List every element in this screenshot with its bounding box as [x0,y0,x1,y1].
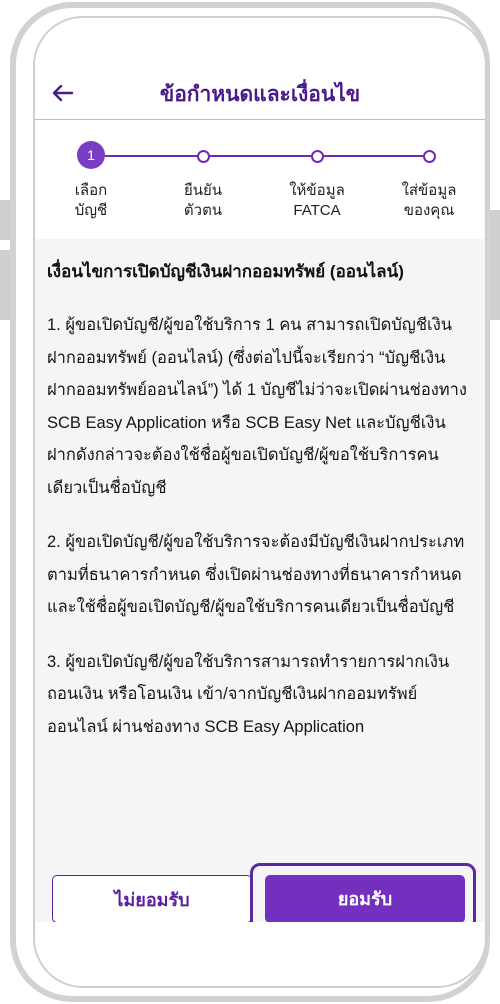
step-indicator [311,150,324,163]
step-indicator [423,150,436,163]
terms-paragraph-1: 1. ผู้ขอเปิดบัญชี/ผู้ขอใช้บริการ 1 คน สา… [47,309,473,504]
decline-button[interactable]: ไม่ยอมรับ [52,875,252,923]
terms-heading: เงื่อนไขการเปิดบัญชีเงินฝากออมทรัพย์ (ออ… [47,257,473,287]
stepper-line [91,155,429,157]
terms-paragraph-3: 3. ผู้ขอเปิดบัญชี/ผู้ขอใช้บริการสามารถทำ… [47,646,473,744]
app-header: ข้อกำหนดและเงื่อนไข [35,18,485,120]
phone-frame: ข้อกำหนดและเงื่อนไข 1 เลือก บัญชี ยืนยัน… [10,2,490,1002]
step-label: ยืนยัน ตัวตน [163,181,243,221]
step-label: ใส่ข้อมูล ของคุณ [389,181,469,221]
step-label: เลือก บัญชี [51,181,131,221]
action-footer: ไม่ยอมรับ ยอมรับ [35,859,485,922]
terms-paragraph-2: 2. ผู้ขอเปิดบัญชี/ผู้ขอใช้บริการจะต้องมี… [47,526,473,624]
page-title: ข้อกำหนดและเงื่อนไข [35,78,485,111]
phone-screen: ข้อกำหนดและเงื่อนไข 1 เลือก บัญชี ยืนยัน… [35,18,485,986]
step-indicator-active: 1 [77,141,105,169]
step-label: ให้ข้อมูล FATCA [277,181,357,221]
progress-stepper: 1 เลือก บัญชี ยืนยัน ตัวตน ให้ข้อมูล FAT… [35,121,485,239]
step-indicator [197,150,210,163]
terms-scroll-area[interactable]: เงื่อนไขการเปิดบัญชีเงินฝากออมทรัพย์ (ออ… [35,239,485,859]
accept-button[interactable]: ยอมรับ [265,875,465,923]
screen-bottom-area [35,922,485,986]
